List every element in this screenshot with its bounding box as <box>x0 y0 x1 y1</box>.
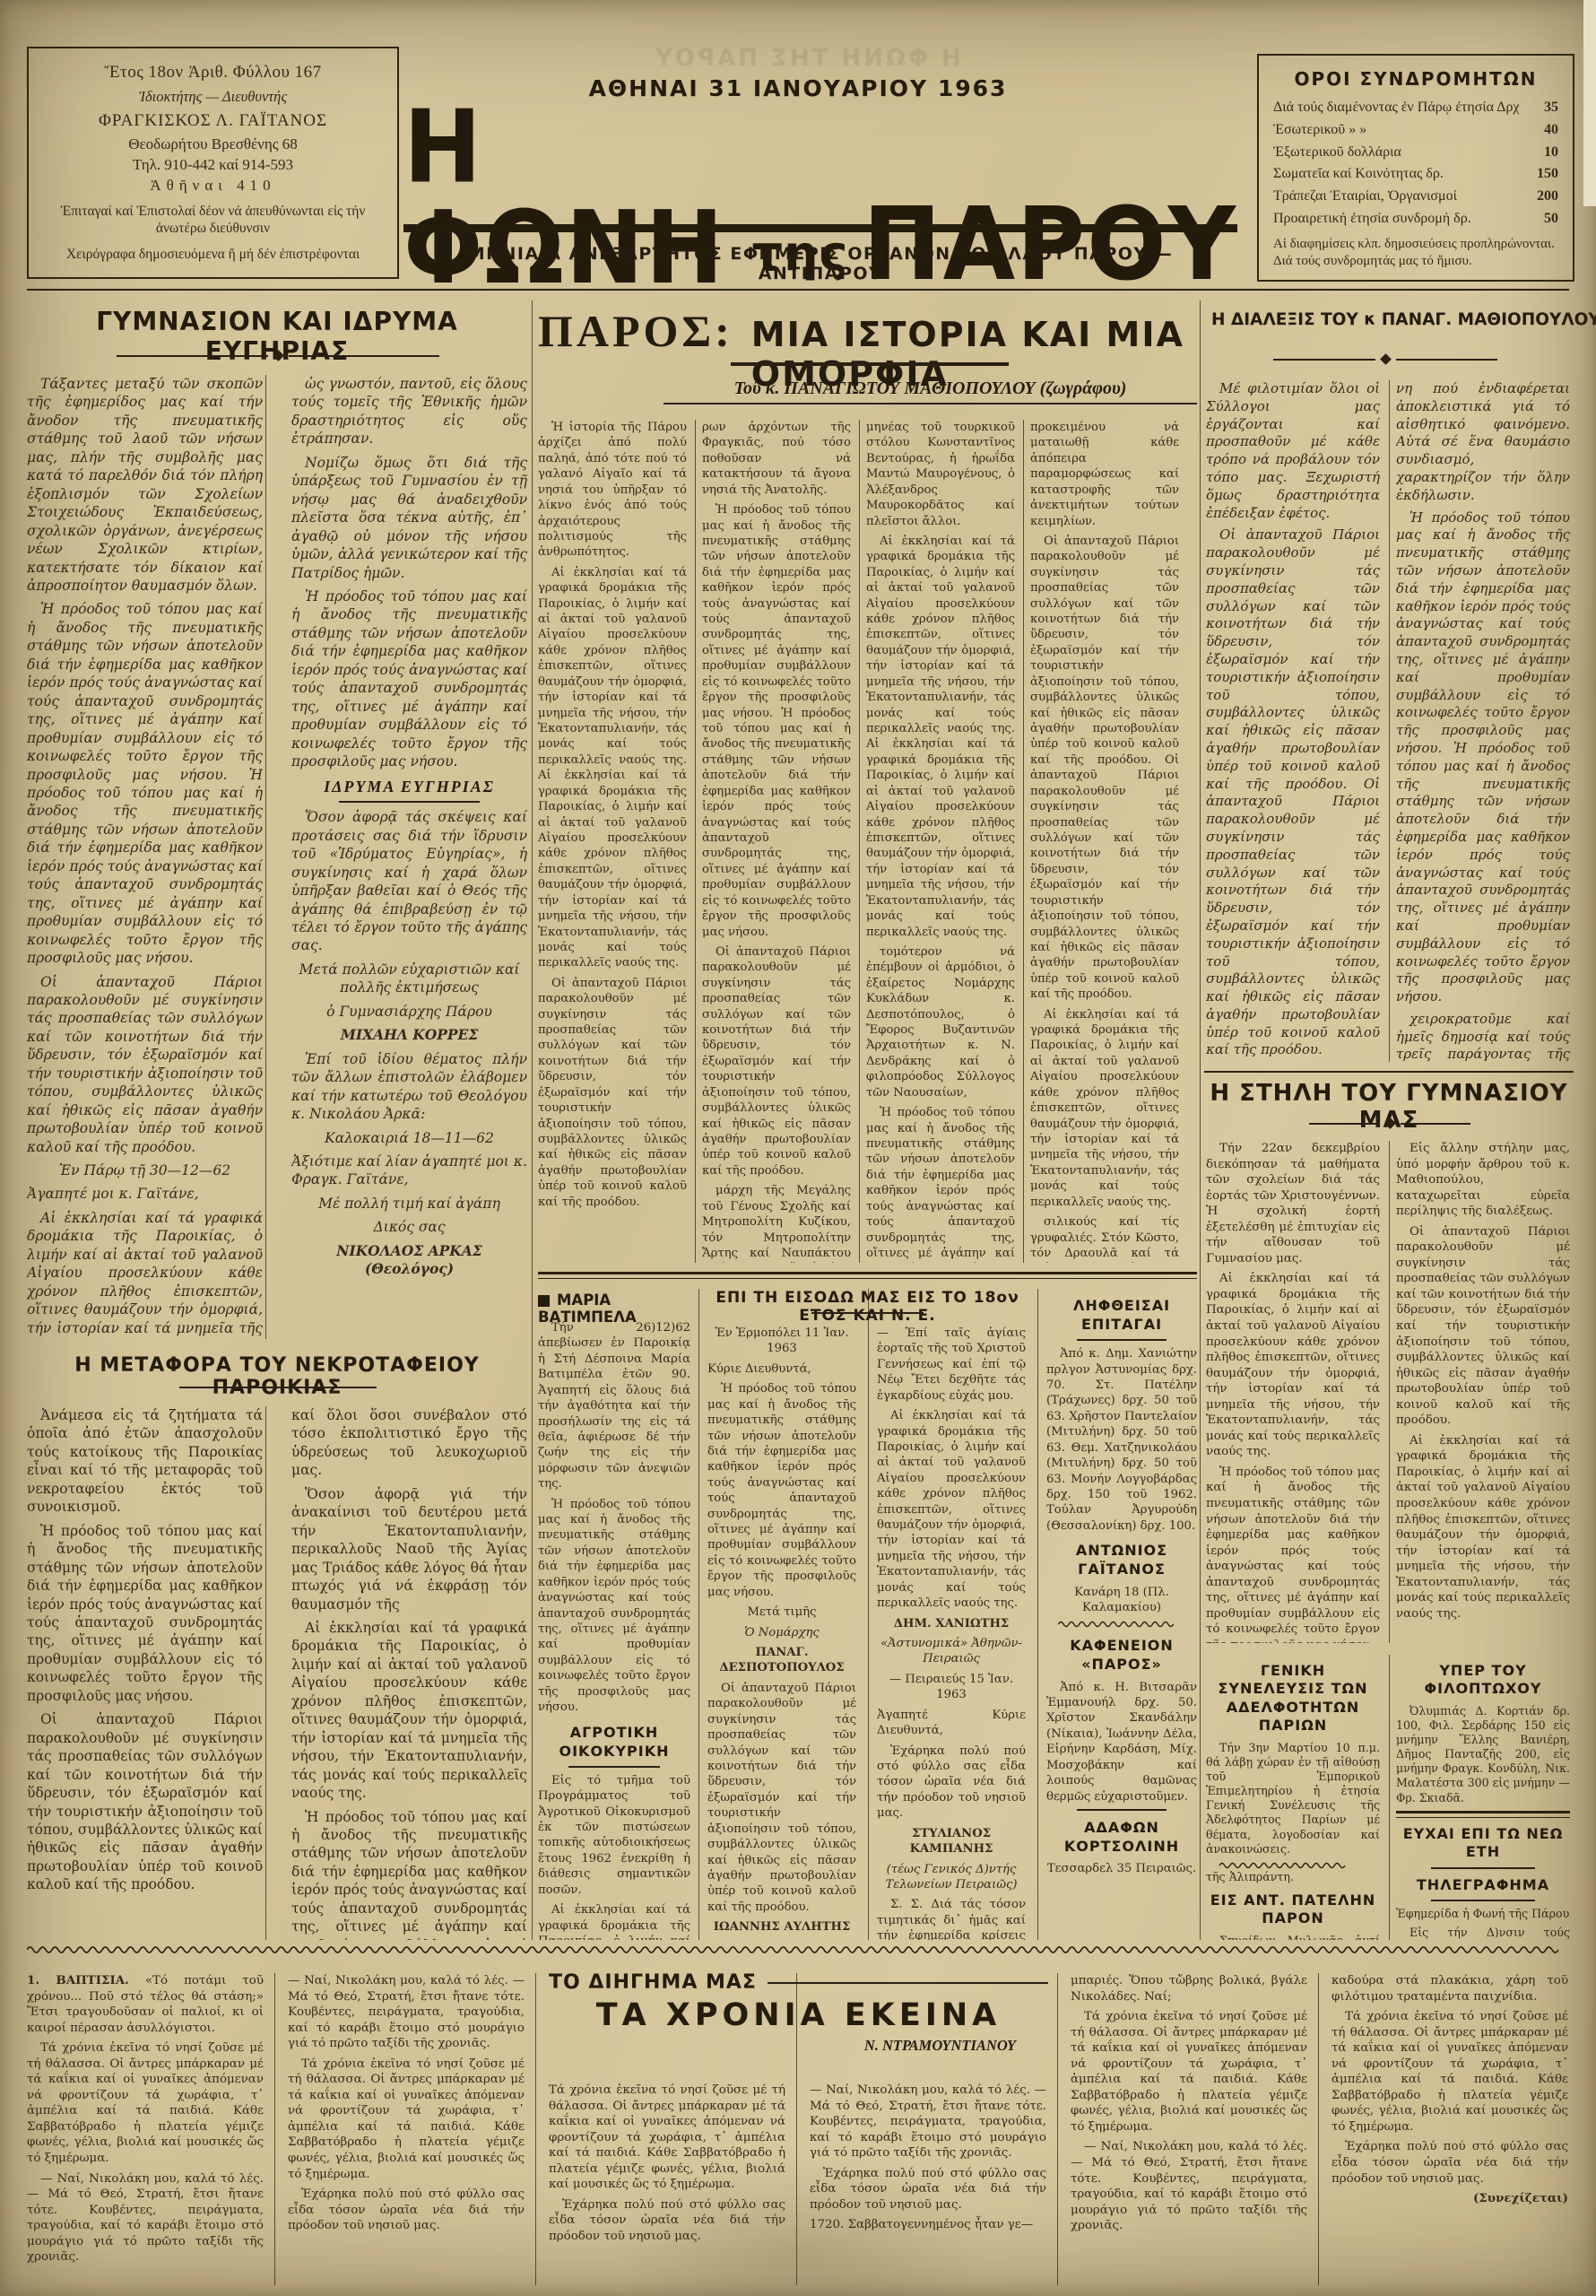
signature-avlitis: ΙΩΑΝΝΗΣ ΑΥΛΗΤΗΣ <box>707 1919 856 1935</box>
column-divider <box>1023 420 1024 1263</box>
ornament-divider <box>1273 355 1497 363</box>
donation-list: Ὀλυμπιάς Δ. Κορτιάν δρ. 100, Φιλ. Σερδάρ… <box>1396 1704 1570 1805</box>
title-underline-bar <box>403 224 1237 232</box>
terms-row: Προαιρετική ἐτησία συνδρομή δρ.50 <box>1273 210 1558 229</box>
column-divider <box>265 375 266 1339</box>
stili-column-2: Εἰς ἄλλην στήλην μας, ὑπό μορφήν ἄρθρου … <box>1396 1141 1570 1643</box>
terms-label: Τράπεζαι Ἑταιρίαι, Ὀργανισμοί <box>1273 187 1457 206</box>
headline-underline <box>731 362 1009 366</box>
ornament-divider <box>1309 1119 1470 1127</box>
article-paragraph: Τήν 26)12)62 ἀπεβίωσεν ἐν Παροικίᾳ ἡ Στή… <box>538 1320 690 1492</box>
article-paragraph: Τήν 3ην Μαρτίου 10 π.μ. θά λάβῃ χώραν ἐν… <box>1206 1741 1380 1857</box>
article-paragraph: Ἡ πρόοδος τοῦ τόπου μας καί ἡ ἄνοδος τῆς… <box>866 1105 1015 1263</box>
editor-note: Σ. Σ. Διά τάς τόσον τιμητικάς δι᾽ ἡμᾶς κ… <box>877 1897 1026 1940</box>
diamond-ornament <box>1384 1118 1396 1129</box>
column-divider <box>859 420 860 1263</box>
article-paragraph: Ἡ πρόοδος τοῦ τόπου μας καί ἡ ἄνοδος τῆς… <box>27 1522 263 1706</box>
letter-closing: Μετά πολλῶν εὐχαριστιῶν καί πολλῆς ἐκτιμ… <box>291 961 527 997</box>
headline-eis-patelin: ΕΙΣ ΑΝΤ. ΠΑΤΕΛΗΝ ΠΑΡΟΝ <box>1206 1892 1380 1928</box>
terms-note: Αἱ διαφημίσεις κλπ. δημοσιεύσεις προπληρ… <box>1273 236 1558 270</box>
article-paragraph: χειροκρατοῦμε καί ἡμεῖς δημοσίᾳ καί τούς… <box>1396 1011 1570 1062</box>
article-paragraph: Οἱ ἁπανταχοῦ Πάριοι παρακολουθοῦν μέ συγ… <box>702 944 851 1178</box>
article-paragraph: Ἡ πρόοδος τοῦ τόπου μας καί ἡ ἄνοδος τῆς… <box>1396 509 1570 1006</box>
double-rule-divider <box>1396 1811 1570 1818</box>
headline-tilegrafima: ΤΗΛΕΓΡΑΦΗΜΑ <box>1396 1876 1570 1894</box>
telegram-body: Εἰς τήν Δ)νσιν τούς συνεργάτας καί ἀναγν… <box>1396 1926 1570 1940</box>
letter-salutation: Κύριε Διευθυντά, <box>707 1361 856 1377</box>
article-paragraph: Τήν 22αν δεκεμβρίου διεκόπησαν τά μαθήμα… <box>1206 1141 1380 1266</box>
wavy-divider <box>1206 1861 1367 1870</box>
headline-geniki-synelefsis: ΓΕΝΙΚΗ ΣΥΝΕΛΕΥΣΙΣ ΤΩΝ ΑΔΕΛΦΟΤΗΤΩΝ ΠΑΡΙΩΝ <box>1206 1662 1380 1735</box>
article-paragraph: Αἱ ἐκκλησίαι καί τά γραφικά δρομάκια τῆς… <box>538 1902 690 1940</box>
remittance-list: Ἀπό κ. Δημ. Χανιώτην πρλγον Ἀστυνομίας δ… <box>1046 1346 1197 1534</box>
subhead-rule <box>1077 1809 1167 1811</box>
column-divider <box>698 1289 699 1940</box>
story-paragraph: καδούρα στά πλακάκια, χάρη τοῦ φιλότιμου… <box>1331 1973 1568 2005</box>
section-rule <box>1204 1071 1574 1073</box>
article-paragraph: Αἱ ἐκκλησίαι καί τά γραφικά δρομάκια τῆς… <box>866 534 1015 940</box>
article-paragraph: Νομίζω ὅμως ὅτι διά τῆς ὑπάρξεως τοῦ Γυμ… <box>291 454 527 582</box>
dialexis-column-1: Μέ φιλοτιμίαν ὅλοι οἱ Σύλλογοι μας ἐργάζ… <box>1206 380 1380 1062</box>
article-paragraph: Οἱ ἁπανταχοῦ Πάριοι παρακολουθοῦν μέ συγ… <box>538 976 687 1210</box>
column-divider <box>535 1973 536 2285</box>
article-paragraph: Οἱ ἁπανταχοῦ Πάριοι παρακολουθοῦν μέ συγ… <box>27 1710 263 1894</box>
column-divider <box>1037 1289 1038 1940</box>
section-divider <box>532 300 533 1940</box>
article-paragraph: Ἀνάμεσα εἰς τά ζητήματα τά ὁποῖα ἀπό ἐτῶ… <box>27 1406 263 1517</box>
story-lead: 1. ΒΑΠΤΙΣΙΑ. <box>27 1973 129 1987</box>
column-divider <box>1318 1973 1319 2285</box>
column-divider <box>265 1406 266 1940</box>
story-column-5: μπαριές. Ὅπου τὤβρης βολικά, βγάλε Νικολ… <box>1071 1973 1307 2285</box>
owner-label: Ἰδιοκτήτης — Διευθυντής <box>41 88 385 106</box>
stili-column-1: Τήν 22αν δεκεμβρίου διεκόπησαν τά μαθήμα… <box>1206 1141 1380 1643</box>
section-divider <box>1200 300 1201 1940</box>
story-paragraph: — Ναί, Νικολάκη μου, καλά τό λές. — Μά τ… <box>27 2171 264 2266</box>
subhead-kafeneion-paros: ΚΑΦΕΝΕΙΟΝ «ΠΑΡΟΣ» <box>1046 1636 1197 1674</box>
article-paragraph: Αἱ ἐκκλησίαι καί τά γραφικά δρομάκια τῆς… <box>291 1619 527 1803</box>
article-paragraph: μάρχη τῆς Μεγάλης τοῦ Γένους Σχολῆς καί … <box>702 1183 851 1263</box>
subhead-idryma-eugirias: ΙΔΡΥΜΑ ΕΥΓΗΡΙΑΣ <box>291 777 527 798</box>
column-divider <box>695 420 696 1263</box>
owner-name: ΦΡΑΓΚΙΣΚΟΣ Λ. ΓΑΪΤΑΝΟΣ <box>41 111 385 131</box>
letter-date: Ἐν Ἑρμοπόλει 11 Ἰαν. 1963 <box>707 1326 856 1357</box>
signature-korres: ΜΙΧΑΗΛ ΚΟΡΡΕΣ <box>291 1026 527 1044</box>
story-paragraph: Τά χρόνια ἐκεῖνα τό νησί ζοῦσε μέ τή θάλ… <box>1071 2009 1307 2135</box>
headline-euxai: ΕΥΧΑΙ ΕΠΙ ΤΩ ΝΕΩ ΕΤΗ <box>1396 1825 1570 1862</box>
article-paragraph: Οἱ ἁπανταχοῦ Πάριοι παρακολουθοῦν μέ συγ… <box>1396 1224 1570 1429</box>
publisher-city: Ἀθῆναι 410 <box>41 177 385 195</box>
letter-salutation: Ἀξιότιμε καί λίαν ἀγαπητέ μοι κ. Φραγκ. … <box>291 1152 527 1189</box>
article-paragraph: Ἡ πρόοδος τοῦ τόπου μας καί ἡ ἄνοδος τῆς… <box>27 600 263 967</box>
letter-date: — Πειραιεύς 15 Ἰαν. 1963 <box>877 1672 1026 1703</box>
article-paragraph: Μέ φιλοτιμίαν ὅλοι οἱ Σύλλογοι μας ἐργάζ… <box>1206 380 1380 522</box>
article-paragraph: Αἱ ἐκκλησίαι καί τά γραφικά δρομάκια τῆς… <box>1206 1271 1380 1460</box>
subtitle: ΜΗΝΙΑΙΑ ΑΝΕΞΑΡΤΗΤΟΣ ΕΦΗΜΕΡΙΣ ΟΡΓΑΝΟΝ ΤΟΥ… <box>403 244 1237 283</box>
headline-rule <box>1431 1867 1535 1869</box>
signature-role: (τέως Γενικός Δ)ντής Τελωνείων Πειραιῶς) <box>877 1862 1026 1893</box>
story-paragraph: — Ναί, Νικολάκη μου, καλά τό λές. — Μά τ… <box>810 2083 1046 2161</box>
headline-rule <box>1077 1339 1167 1341</box>
signature-despotopoulos: ΠΑΝΑΓ. ΔΕΣΠΟΤΟΠΟΥΛΟΣ <box>707 1645 856 1676</box>
story-paragraph: Ἐχάρηκα πολύ πού στό φύλλο σας εἶδα τόσο… <box>288 2187 525 2234</box>
header-rule <box>27 289 1569 291</box>
square-bullet-icon <box>538 1295 550 1307</box>
ornament-divider <box>117 352 439 360</box>
letter-closing: Μετά τιμῆς <box>707 1605 856 1620</box>
terms-row: Τράπεζαι Ἑταιρίαι, Ὀργανισμοί200 <box>1273 187 1558 206</box>
page-edge-tear <box>1583 0 1596 206</box>
story-paragraph: Τά χρόνια ἐκεῖνα τό νησί ζοῦσε μέ τή θάλ… <box>27 2040 264 2166</box>
signature-role: ὁ Γυμνασιάρχης Πάρου <box>291 1003 527 1021</box>
terms-row: Ἐσωτερικοῦ » »40 <box>1273 121 1558 140</box>
letter-closing: Μέ πολλή τιμή καί ἀγάπη <box>291 1195 527 1213</box>
article-paragraph: Εἰς τό τμῆμα τοῦ Προγράμματος τοῦ Ἀγροτι… <box>538 1773 690 1898</box>
wavy-divider <box>1046 1620 1190 1629</box>
gymnasion-column-2: ὡς γνωστόν, παντοῦ, εἰς ὅλους τούς τομεῖ… <box>291 375 527 1339</box>
story-paragraph: Ἐχάρηκα πολύ πού στό φύλλο σας εἶδα τόσο… <box>1331 2139 1568 2187</box>
headline-epi: ΕΠΙ ΤΗ ΕΙΣΟΔΩ ΜΑΣ ΕΙΣ ΤΟ 18ον ΕΤΟΣ ΚΑΙ Ν… <box>707 1289 1028 1325</box>
editor-note: Ἐπί τοῦ ἰδίου θέματος πλήν τῶν ἄλλων ἐπι… <box>291 1050 527 1124</box>
metafora-column-2: καί ὅλοι ὅσοι συνέβαλον στό τόσο ἐκπολιτ… <box>291 1406 527 1940</box>
mail-note: Ἐπιταγαί καί Ἐπιστολαί δέ­ον νά ἀπευθύνω… <box>41 203 385 238</box>
story-paragraph: Ἐχάρηκα πολύ πού στό φύλλο σας εἶδα τόσο… <box>810 2166 1046 2213</box>
story-column-3: Τά χρόνια ἐκεῖνα τό νησί ζοῦσε μέ τή θάλ… <box>549 2083 785 2285</box>
address-line: Κανάρη 18 (Πλ. Καλαμακίου) <box>1046 1585 1197 1616</box>
story-column-1: 1. ΒΑΠΤΙΣΙΑ. «Τό ποτάμι τοῦ χρόνου... Πο… <box>27 1973 264 2285</box>
metafora-column-1: Ἀνάμεσα εἰς τά ζητήματα τά ὁποῖα ἀπό ἐτῶ… <box>27 1406 263 1940</box>
article-paragraph: καί ὅλοι ὅσοι συνέβαλον στό τόσο ἐκπολιτ… <box>291 1406 527 1480</box>
geniki-column: ΓΕΝΙΚΗ ΣΥΝΕΛΕΥΣΙΣ ΤΩΝ ΑΔΕΛΦΟΤΗΤΩΝ ΠΑΡΙΩΝ… <box>1206 1655 1380 1940</box>
article-paragraph: Αἱ ἐκκλησίαι καί τά γραφικά δρομάκια τῆς… <box>1396 1433 1570 1622</box>
terms-value: 200 <box>1537 187 1558 206</box>
article-paragraph: τομότερον νά ἐπέμβουν οἱ ἁρμόδιοι, ὁ ἐξα… <box>866 944 1015 1100</box>
article-paragraph: Ὅσον ἀφορᾷ τάς σκέψεις καί προτάσεις σας… <box>291 808 527 955</box>
headline-dialexis-text: Η ΔΙΑΛΕΞΙΣ ΤΟΥ κ ΠΑΝΑΓ. ΜΑΘΙΟΠΟΥΛΟΥ <box>1211 310 1596 329</box>
article-paragraph: Ἡ πρόοδος τοῦ τόπου μας καί ἡ ἄνοδος τῆς… <box>702 502 851 940</box>
letter-salutation: Ἀγαπητέ Κύριε Διευθυντά, <box>877 1708 1026 1739</box>
subhead-rule <box>568 1766 660 1768</box>
story-paragraph: — Ναί, Νικολάκη μου, καλά τό λές. — Μά τ… <box>288 1973 525 2052</box>
double-rule-divider <box>538 1272 1197 1279</box>
article-paragraph: Οἱ ἁπανταχοῦ Πάριοι παρακολουθοῦν μέ συγ… <box>707 1681 856 1915</box>
story-column-2: — Ναί, Νικολάκη μου, καλά τό λές. — Μά τ… <box>288 1973 525 2285</box>
story-paragraph: Τά χρόνια ἐκεῖνα τό νησί ζοῦσε μέ τή θάλ… <box>549 2083 785 2193</box>
letter-closing: Δικός σας <box>291 1218 527 1236</box>
issue-number: Ἔτος 18ον Ἀριθ. Φύλλου 167 <box>41 63 385 83</box>
byline-mathiopoulos: Τοῦ κ. ΠΑΝΑΓΙΩΤΟΥ ΜΑΘΙΟΠΟΥΛΟΥ (ζωγράφου) <box>664 378 1197 404</box>
headline-liftheisai: ΛΗΦΘΕΙΣΑΙ ΕΠΙΤΑΓΑΙ <box>1046 1296 1197 1334</box>
headline-rule <box>811 1312 924 1314</box>
article-paragraph: Αἱ ἐκκλησίαι καί τά γραφικά δρομάκια τῆς… <box>1030 1007 1179 1210</box>
story-kicker-row: ΤΟ ΔΙΗΓΗΜΑ ΜΑΣ <box>549 1971 1048 1994</box>
article-paragraph: σιλικούς καί τίς γρυφαλιές. Στόν Κῶστο, … <box>1030 1214 1179 1263</box>
paros-column-2: ρων ἀρχόντων τῆς Φραγκιᾶς, πού τόσο ποθο… <box>702 420 851 1263</box>
story-paragraph: 1720. Σαββατογεννημένος ἦταν γε— <box>810 2217 1046 2233</box>
newspaper-page: Η ΦΩΝΗ ΤΗΣ ΠΑΡΟΥ Ἔτος 18ον Ἀριθ. Φύλλου … <box>0 0 1596 2296</box>
story-paragraph: μπαριές. Ὅπου τὤβρης βολικά, βγάλε Νικολ… <box>1071 1973 1307 2005</box>
story-column-4: — Ναί, Νικολάκη μου, καλά τό λές. — Μά τ… <box>810 2083 1046 2285</box>
terms-row: Διά τούς διαμένοντας ἐν Πάρῳ ἐτησία Δρχ3… <box>1273 99 1558 117</box>
article-paragraph: Ἡ πρόοδος τοῦ τόπου μας καί ἡ ἄνοδος τῆς… <box>707 1381 856 1600</box>
column-divider <box>1057 1973 1058 2285</box>
headline-dialexis: Η ΔΙΑΛΕΞΙΣ ΤΟΥ κ ΠΑΝΑΓ. ΜΑΘΙΟΠΟΥΛΟΥ <box>1204 310 1574 329</box>
paros-column-4: προκειμένου νά ματαιωθῇ κάθε ἀπόπειρα πα… <box>1030 420 1179 1263</box>
story-column-6: καδούρα στά πλακάκια, χάρη τοῦ φιλότιμου… <box>1331 1973 1568 2285</box>
terms-value: 150 <box>1537 165 1558 184</box>
article-paragraph: — Ἐπί ταῖς ἁγίαις ἑορταῖς τῆς τοῦ Χριστο… <box>877 1326 1026 1404</box>
story-paragraph: — Ναί, Νικολάκη μου, καλά τό λές. — Μά τ… <box>1071 2139 1307 2233</box>
telegram-recipient: Ἐφημερίδα ἡ Φωνή τῆς Πάρου <box>1396 1907 1570 1921</box>
article-paragraph: Ὅσον ἀφορᾷ γιά τήν ἀνακαίνισι τοῦ δευτέρ… <box>291 1485 527 1613</box>
paros-column-3: μηνέας τοῦ τουρκικοῦ στόλου Κωνσταντῖνος… <box>866 420 1015 1263</box>
article-paragraph: ρων ἀρχόντων τῆς Φραγκιᾶς, πού τόσο ποθο… <box>702 420 851 498</box>
terms-label: Προαιρετική ἐτησία συνδρομή δρ. <box>1273 210 1471 229</box>
subscription-terms-box: ΟΡΟΙ ΣΥΝΔΡΟΜΗΤΩΝ Διά τούς διαμένοντας ἐν… <box>1257 54 1574 282</box>
publisher-info-box: Ἔτος 18ον Ἀριθ. Φύλλου 167 Ἰδιοκτήτης — … <box>27 47 399 279</box>
article-paragraph: Οἱ ἁπανταχοῦ Πάριοι παρακολουθοῦν μέ συγ… <box>27 973 263 1157</box>
story-title: ΤΑ ΧΡΟΝΙΑ ΕΚΕΙΝΑ <box>549 1997 1048 2033</box>
article-paragraph: τῆς Ἀλιπράντη. <box>1206 1870 1380 1884</box>
article-paragraph: Οἱ ἁπανταχοῦ Πάριοι παρακολουθοῦν μέ συγ… <box>1030 534 1179 1003</box>
column-divider <box>1389 380 1390 1062</box>
diamond-ornament <box>273 350 284 361</box>
subhead-agrotiki: ΑΓΡΟΤΙΚΗ ΟΙΚΟΚΥΡΙΚΗ <box>538 1723 690 1761</box>
signature-kampanis: ΣΤΥΛΙΑΝΟΣ ΚΑΜΠΑΝΗΣ <box>877 1826 1026 1857</box>
terms-label: Διά τούς διαμένοντας ἐν Πάρῳ ἐτησία Δρχ <box>1273 99 1520 117</box>
terms-value: 40 <box>1544 121 1558 140</box>
gymnasion-column-1: Τάξαντες μεταξύ τῶν σκοπῶν τῆς ἐφημερίδο… <box>27 375 263 1339</box>
article-paragraph: Ἡ πρόοδος τοῦ τόπου μας καί ἡ ἄνοδος τῆς… <box>538 1497 690 1716</box>
signature-role: «Ἀστυνομικά» Ἀθηνῶν-Πειραιῶς <box>877 1636 1026 1667</box>
letter-date: Καλοκαιριά 18—11—62 <box>291 1129 527 1147</box>
headline-paros-word: ΠΑΡΟΣ: <box>538 305 733 357</box>
story-kicker: ΤΟ ΔΙΗΓΗΜΑ ΜΑΣ <box>549 1971 757 1994</box>
headline-rule <box>1431 1900 1535 1901</box>
epi-column-1: Ἐν Ἑρμοπόλει 11 Ἰαν. 1963 Κύριε Διευθυντ… <box>707 1326 856 1940</box>
publisher-phone: Τηλ. 910-442 καί 914-593 <box>41 156 385 174</box>
article-paragraph: Εἰς ἄλλην στήλην μας, ὑπό μορφήν ἄρθρου … <box>1396 1141 1570 1220</box>
signature-role: Ὁ Νομάρχης <box>707 1625 856 1640</box>
dialexis-column-2: νη πού ἐνδιαφέρεται ἀποκλειστικά γιά τό … <box>1396 380 1570 1062</box>
paros-column-1: Ἡ ἱστορία τῆς Πάρου ἀρχίζει ἀπό πολύ παλ… <box>538 420 687 1263</box>
article-paragraph: Αἱ ἐκκλησίαι καί τά γραφικά δρομάκια τῆς… <box>877 1408 1026 1611</box>
subhead-gaitanos: ΑΝΤΩΝΙΟΣ ΓΑΪΤΑΝΟΣ <box>1046 1541 1197 1578</box>
article-paragraph: Σπυρίδων Μυλωνᾶς ἀντί 35 δρ. 40 διά τό 1… <box>1206 1934 1380 1940</box>
article-paragraph: Αἱ ἐκκλησίαι καί τά γραφικά δρομάκια τῆς… <box>538 565 687 971</box>
article-paragraph: μηνέας τοῦ τουρκικοῦ στόλου Κωνσταντῖνος… <box>866 420 1015 529</box>
column-divider <box>1389 1655 1390 1940</box>
manuscript-note: Χειρόγραφα δημοσιευόμενα ἤ μή δέν ἐπιστρ… <box>41 246 385 263</box>
headline-rule <box>179 1387 377 1388</box>
terms-row: Ἐξωτερικοῦ δολλάρια10 <box>1273 143 1558 162</box>
terms-label: Σωματεῖα καί Κοινότητας δρ. <box>1273 165 1444 184</box>
column-divider <box>868 1289 869 1940</box>
story-paragraph: Ἐχάρηκα πολύ πού στό φύλλο σας εἶδα τόσο… <box>549 2197 785 2245</box>
terms-value: 35 <box>1544 99 1558 117</box>
column-divider <box>1389 1141 1390 1643</box>
article-paragraph: Αἱ ἐκκλησίαι καί τά γραφικά δρομάκια τῆς… <box>27 1209 263 1339</box>
headline-metafora: Η ΜΕΤΑΦΟΡΑ ΤΟΥ ΝΕΚΡΟΤΑΦΕΙΟΥ ΠΑΡΟΙΚΙΑΣ <box>27 1354 527 1399</box>
article-paragraph: Ἡ πρόοδος τοῦ τόπου μας καί ἡ ἄνοδος τῆς… <box>1206 1465 1380 1643</box>
story-paragraph: Τά χρόνια ἐκεῖνα τό νησί ζοῦσε μέ τή θάλ… <box>288 2057 525 2182</box>
wavy-divider-full <box>27 1944 1569 1955</box>
maria-column: Τήν 26)12)62 ἀπεβίωσεν ἐν Παροικίᾳ ἡ Στή… <box>538 1320 690 1940</box>
signature-chaniotis: ΔΗΜ. ΧΑΝΙΩΤΗΣ <box>877 1616 1026 1631</box>
terms-value: 50 <box>1544 210 1558 229</box>
subhead-rule <box>339 801 481 803</box>
article-paragraph: προκειμένου νά ματαιωθῇ κάθε ἀπόπειρα πα… <box>1030 420 1179 529</box>
terms-label: Ἐσωτερικοῦ » » <box>1273 121 1366 140</box>
article-paragraph: Ἡ ἱστορία τῆς Πάρου ἀρχίζει ἀπό πολύ παλ… <box>538 420 687 561</box>
article-paragraph: Οἱ ἁπανταχοῦ Πάριοι παρακολουθοῦν μέ συγ… <box>1206 526 1380 1059</box>
article-paragraph: Ἡ πρόοδος τοῦ τόπου μας καί ἡ ἄνοδος τῆς… <box>291 587 527 771</box>
liftheisai-column: ΛΗΦΘΕΙΣΑΙ ΕΠΙΤΑΓΑΙ Ἀπό κ. Δημ. Χανιώτην … <box>1046 1289 1197 1940</box>
headline-yper-filoptoxou: ΥΠΕΡ ΤΟΥ ΦΙΛΟΠΤΩΧΟΥ <box>1396 1662 1570 1699</box>
story-byline: Ν. ΝΤΡΑΜΟΥΝΤΙΑΝΟΥ <box>549 2037 1048 2055</box>
terms-row: Σωματεῖα καί Κοινότητας δρ.150 <box>1273 165 1558 184</box>
article-paragraph: Τάξαντες μεταξύ τῶν σκοπῶν τῆς ἐφημερίδο… <box>27 375 263 595</box>
terms-title: ΟΡΟΙ ΣΥΝΔΡΟΜΗΤΩΝ <box>1273 68 1558 90</box>
letter-salutation: Ἀγαπητέ μοι κ. Γαϊτάνε, <box>27 1185 263 1203</box>
right-bottom-column: ΥΠΕΡ ΤΟΥ ΦΙΛΟΠΤΩΧΟΥ Ὀλυμπιάς Δ. Κορτιάν … <box>1396 1655 1570 1940</box>
article-paragraph: Ἡ πρόοδος τοῦ τόπου μας καί ἡ ἄνοδος τῆς… <box>291 1808 527 1940</box>
diamond-ornament <box>1380 353 1392 365</box>
article-paragraph: Ἀπό κ. Η. Βιτσαρᾶν Ἐμμανουήλ δρχ. 50. Χρ… <box>1046 1680 1197 1805</box>
epi-column-2: — Ἐπί ταῖς ἁγίαις ἑορταῖς τῆς τοῦ Χριστο… <box>877 1326 1026 1940</box>
signature-arkas: ΝΙΚΟΛΑΟΣ ΑΡΚΑΣ (Θεολόγος) <box>291 1242 527 1279</box>
story-paragraph: Τά χρόνια ἐκεῖνα τό νησί ζοῦσε μέ τή θάλ… <box>1331 2009 1568 2135</box>
terms-label: Ἐξωτερικοῦ δολλάρια <box>1273 143 1401 162</box>
continuation-note: (Συνεχίζεται) <box>1331 2191 1568 2207</box>
subhead-kortsolini: ΑΔΑΦΩΝ ΚΟΡΤΣΟΛΙΝΗ <box>1046 1818 1197 1856</box>
letter-date: Ἐν Πάρῳ τῇ 30—12—62 <box>27 1161 263 1179</box>
story-header: ΤΟ ΔΙΗΓΗΜΑ ΜΑΣ ΤΑ ΧΡΟΝΙΑ ΕΚΕΙΝΑ Ν. ΝΤΡΑΜ… <box>549 1971 1048 2055</box>
article-paragraph: νη πού ἐνδιαφέρεται ἀποκλειστικά γιά τό … <box>1396 380 1570 505</box>
bleed-through-text: Η ΦΩΝΗ ΤΗΣ ΠΑΡΟΥ <box>421 45 1193 72</box>
article-paragraph: ὡς γνωστόν, παντοῦ, εἰς ὅλους τούς τομεῖ… <box>291 375 527 448</box>
terms-value: 10 <box>1544 143 1558 162</box>
address-line: Τεσσαρδελ 35 Πειραιῶς. <box>1046 1861 1197 1876</box>
column-divider <box>274 1973 275 2285</box>
publisher-address: Θεοδωρήτου Βρεσθένης 68 <box>41 135 385 153</box>
article-paragraph: Ἐχάρηκα πολύ πού στό φύλλο σας εἶδα τόσο… <box>877 1744 1026 1822</box>
